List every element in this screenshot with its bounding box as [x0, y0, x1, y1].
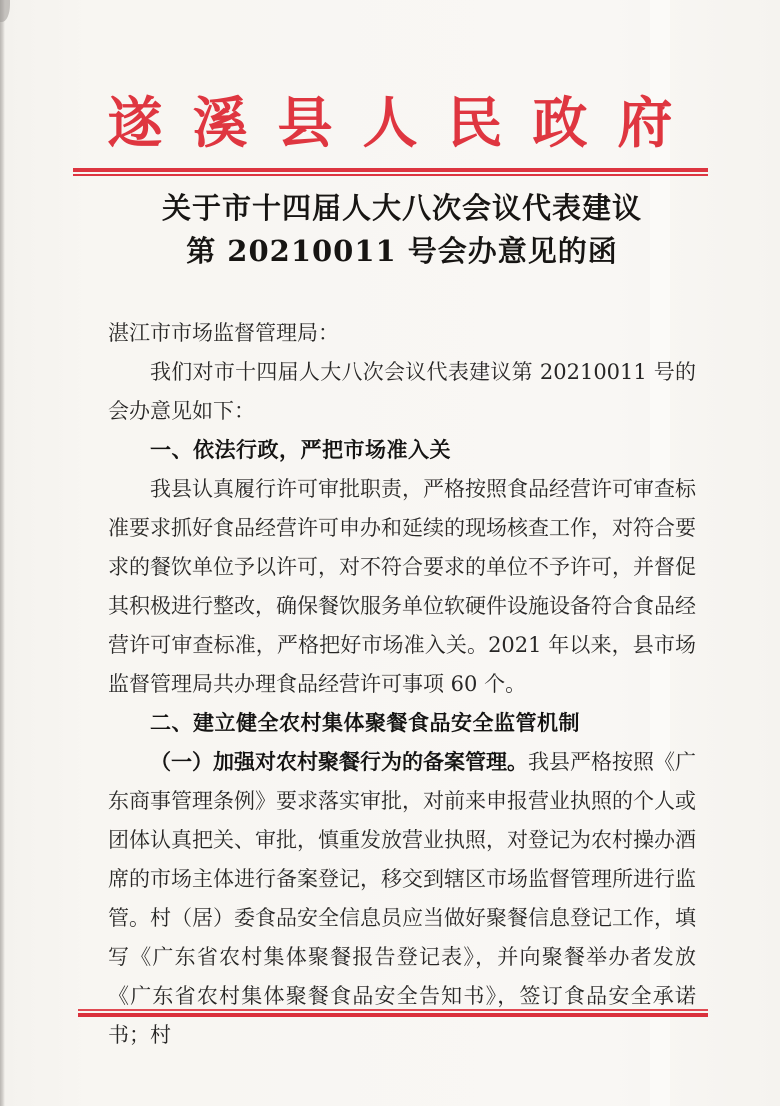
paragraph-text: 二、建立健全农村集体聚餐食品安全监管机制	[150, 711, 580, 735]
salutation: 湛江市市场监督管理局：	[108, 314, 696, 353]
letterhead-org-name: 遂溪县人民政府	[0, 90, 780, 156]
document-title: 关于市十四届人大八次会议代表建议 第 20210011 号会办意见的函	[108, 187, 696, 273]
body-paragraph: 我们对市十四届人大八次会议代表建议第 20210011 号的会办意见如下：	[108, 353, 696, 431]
paragraph-text: 一、依法行政，严把市场准入关	[150, 438, 451, 462]
rule-thin-bar	[73, 174, 708, 176]
scan-edge-left	[0, 0, 5, 1106]
paragraph-text: 我们对市十四届人大八次会议代表建议第 20210011 号的会办意见如下：	[108, 360, 696, 423]
body-paragraph: 我县认真履行许可审批职责，严格按照食品经营许可审查标准要求抓好食品经营许可申办和…	[108, 470, 696, 704]
body-paragraphs: 我们对市十四届人大八次会议代表建议第 20210011 号的会办意见如下：一、依…	[108, 353, 696, 1055]
document-title-line-2: 第 20210011 号会办意见的函	[108, 230, 696, 273]
section-heading: 一、依法行政，严把市场准入关	[108, 431, 696, 470]
document-body: 湛江市市场监督管理局： 我们对市十四届人大八次会议代表建议第 20210011 …	[108, 314, 696, 1055]
paragraph-text: 我县严格按照《广东商事管理条例》要求落实审批，对前来申报营业执照的个人或团体认真…	[108, 750, 696, 1047]
scanned-document-page: 遂溪县人民政府 关于市十四届人大八次会议代表建议 第 20210011 号会办意…	[0, 0, 780, 1106]
footer-rule	[78, 1009, 708, 1017]
document-title-line-1: 关于市十四届人大八次会议代表建议	[108, 187, 696, 230]
paragraph-text: 我县认真履行许可审批职责，严格按照食品经营许可审查标准要求抓好食品经营许可申办和…	[108, 477, 696, 696]
section-heading: 二、建立健全农村集体聚餐食品安全监管机制	[108, 704, 696, 743]
rule-thick-bar	[78, 1013, 708, 1017]
scan-corner-smudge	[0, 0, 10, 22]
letterhead-separator-rule	[73, 168, 708, 176]
paragraph-bold-lead: （一）加强对农村聚餐行为的备案管理。	[150, 750, 528, 774]
